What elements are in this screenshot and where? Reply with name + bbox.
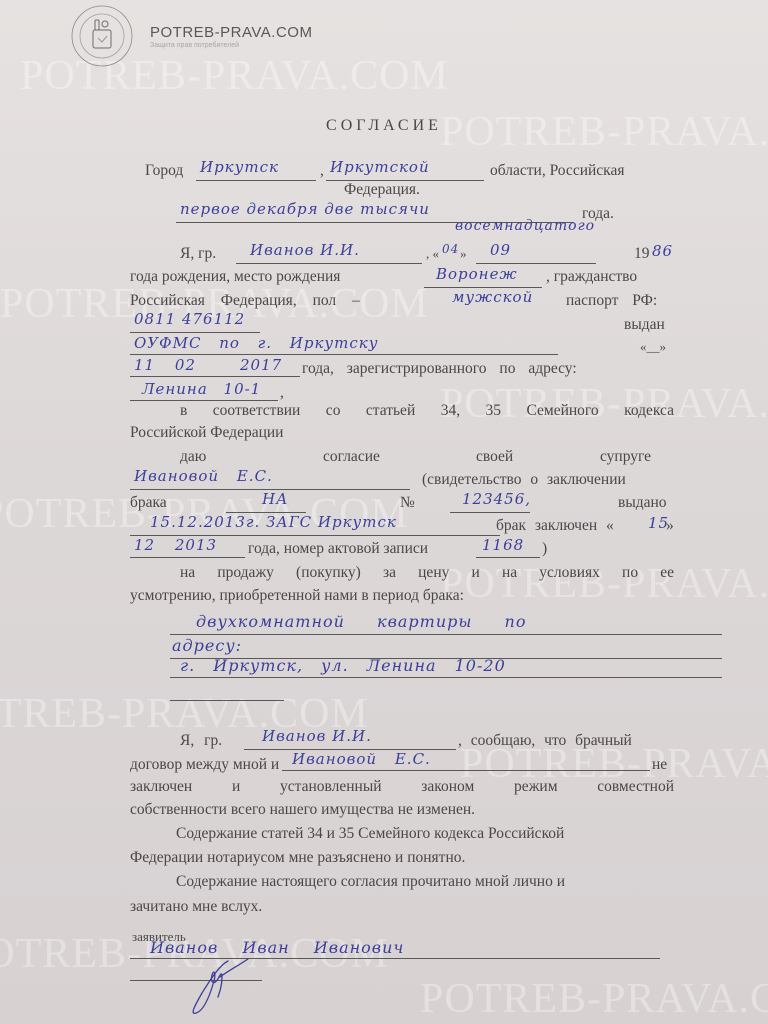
certificate-text: (свидетельство о заключении	[422, 471, 626, 489]
consent-word-4: супруге	[600, 448, 651, 466]
married-label: брак заключен «	[496, 517, 614, 535]
p3-spouse-underline	[282, 770, 650, 771]
issue-date-underline	[130, 376, 300, 377]
city-underline	[196, 180, 316, 181]
p3-prefix: Я, гр.	[180, 732, 222, 750]
birth-line: года рождения, место рождения	[130, 268, 340, 286]
region-suffix: области, Российская	[490, 162, 624, 180]
close-paren: )	[542, 540, 547, 558]
consent-word-1: даю	[180, 448, 206, 466]
p3-name: Иванов И.И.	[262, 727, 372, 745]
region-value: Иркутской	[330, 158, 430, 176]
property-underline-1	[170, 634, 722, 635]
birthplace: Воронеж	[436, 265, 518, 283]
married-month-year: 12 2013	[134, 536, 217, 554]
brand-name: POTREB-PRAVA.COM	[150, 24, 312, 41]
logo-badge-icon	[62, 4, 142, 68]
issued-label: выдан	[624, 316, 665, 334]
quote-blank: «__»	[640, 338, 666, 356]
p3-suffix: , сообщаю, что брачный	[458, 732, 632, 750]
birth-year-prefix: 19	[634, 245, 650, 263]
p3-line4: собственности всего нашего имущества не …	[130, 801, 475, 819]
passport-underline	[130, 332, 260, 333]
comma: ,	[320, 162, 324, 180]
property-underline-3	[170, 677, 722, 678]
p4-line1: Содержание статей 34 и 35 Семейного коде…	[176, 825, 564, 843]
passport-number: 0811 476112	[134, 310, 245, 328]
property-underline-4	[170, 700, 284, 701]
p3-line3: заключен и установленный законом режим с…	[130, 778, 674, 796]
quote-open: , «	[426, 245, 439, 263]
p4-line2: Федерации нотариусом мне разъяснено и по…	[130, 849, 465, 867]
city-label: Город	[145, 162, 183, 180]
gender: мужской	[452, 288, 533, 306]
property-line-2: адресу:	[172, 636, 242, 655]
marriage-label: брака	[130, 494, 167, 512]
address-comma: ,	[280, 384, 284, 402]
document-title: СОГЛАСИЕ	[0, 117, 768, 135]
citizenship: , гражданство	[546, 268, 637, 286]
date-written-cont: восемнадцатого	[455, 218, 595, 234]
record-underline	[476, 557, 540, 558]
p5-line1: Содержание настоящего согласия прочитано…	[176, 873, 565, 891]
p3-spouse: Ивановой Е.С.	[292, 750, 431, 768]
consent-word-2: согласие	[323, 448, 380, 466]
certificate-number: 123456,	[462, 490, 531, 508]
record-number: 1168	[482, 536, 524, 554]
consent-word-3: своей	[476, 448, 513, 466]
spouse-name: Ивановой Е.С.	[134, 467, 273, 485]
citizenship-line: Российская Федерация, пол –	[130, 292, 360, 310]
certificate-series: НА	[262, 490, 288, 508]
issued-text: выдано	[618, 494, 667, 512]
issue-date: 11 02	[134, 356, 196, 374]
applicant-name: Иванов И.И.	[250, 241, 360, 259]
city-value: Иркутск	[200, 158, 279, 176]
address: Ленина 10-1	[142, 380, 261, 398]
passport-label: паспорт РФ:	[566, 292, 657, 310]
federation: Федерация.	[344, 181, 420, 199]
p2-line1: в соответствии со статьей 34, 35 Семейно…	[180, 402, 674, 420]
issued-by-underline	[130, 354, 558, 355]
p3-line2-prefix: договор между мной и	[130, 756, 279, 774]
birth-month-underline	[476, 263, 596, 264]
issue-info: 15.12.2013г. ЗАГС Иркутск	[150, 513, 397, 531]
record-label: года, номер актовой записи	[248, 540, 428, 558]
issued-by: ОУФМС по г. Иркутску	[134, 334, 378, 352]
number-underline	[450, 512, 530, 513]
watermark: POTREB-PRAVA.COM	[420, 975, 768, 1023]
address-underline	[130, 400, 278, 401]
property-line-1: двухкомнатной квартиры по	[196, 612, 526, 631]
birth-day: 04	[442, 242, 459, 256]
date-written: первое декабря две тысячи	[180, 200, 430, 218]
brand-tagline: Защита прав потребителей	[150, 42, 239, 49]
p1-prefix: Я, гр.	[180, 245, 216, 263]
married-underline	[130, 557, 245, 558]
property-line-3: г. Иркутск, ул. Ленина 10-20	[180, 656, 506, 675]
number-label: №	[400, 494, 415, 512]
handwritten-signature-icon	[180, 955, 260, 1020]
quote-close: »	[460, 245, 467, 263]
p5-line2: зачитано мне вслух.	[130, 898, 262, 916]
registered-text: года, зарегистрированного по адресу:	[302, 360, 577, 378]
sale-line2: усмотрению, приобретенной нами в период …	[130, 587, 464, 605]
birth-year-suffix: 86	[652, 242, 673, 260]
sale-line1: на продажу (покупку) за цену и на услови…	[180, 564, 674, 582]
p2-line2: Российской Федерации	[130, 424, 283, 442]
birth-month: 09	[490, 241, 511, 259]
issue-year: 2017	[240, 356, 282, 374]
p3-line2-suffix: не	[652, 756, 667, 774]
applicant-name-underline	[236, 263, 422, 264]
married-close: »	[666, 517, 674, 535]
